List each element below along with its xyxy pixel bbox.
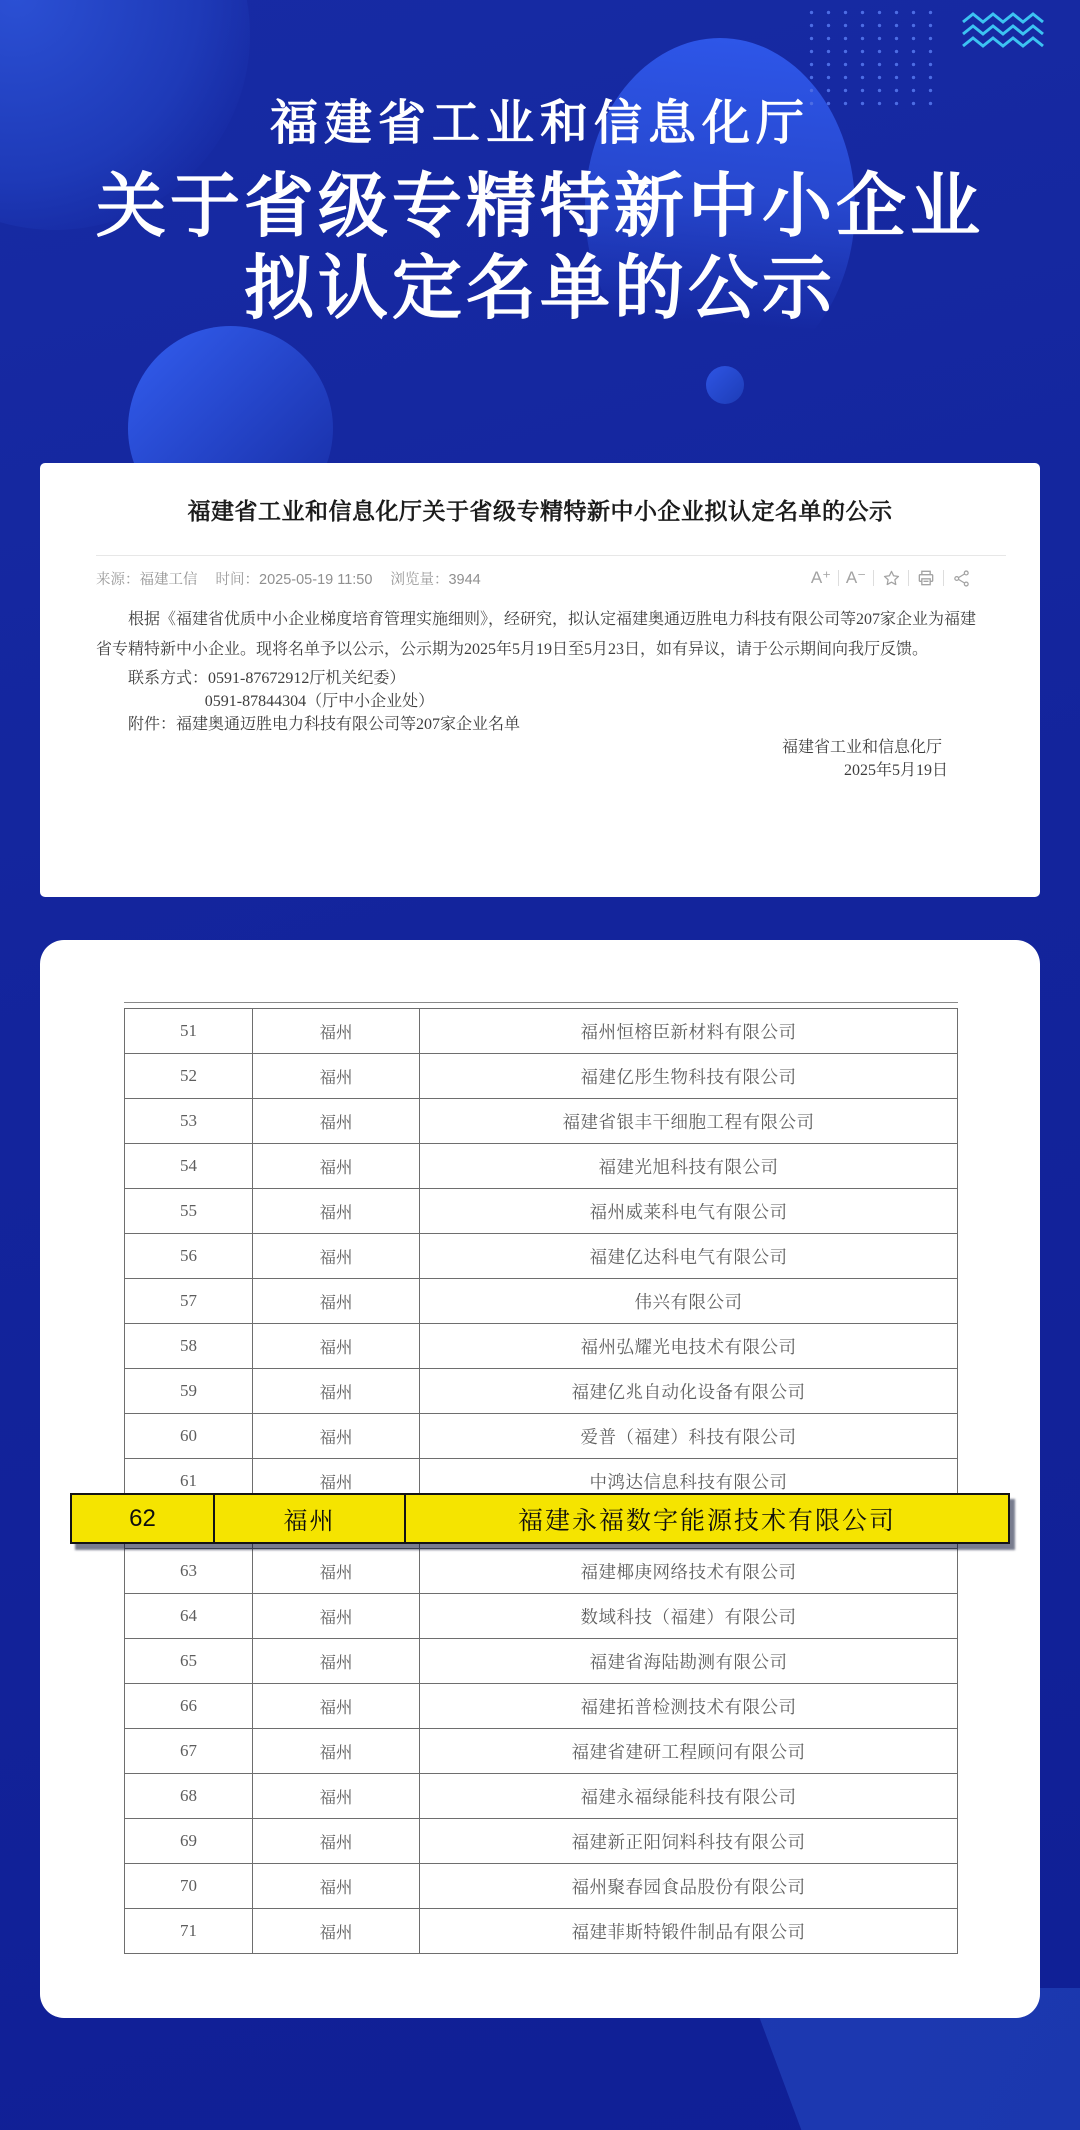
font-decrease-button[interactable]: A⁻ xyxy=(839,567,873,589)
decorative-small-circle xyxy=(706,366,744,404)
row-number-cell: 58 xyxy=(125,1324,253,1368)
table-row: 65 福州 福建省海陆勘测有限公司 xyxy=(125,1639,957,1684)
table-row: 51 福州 福州恒榕臣新材料有限公司 xyxy=(125,1009,957,1054)
row-city-cell: 福州 xyxy=(253,1189,420,1233)
row-company-cell: 福建光旭科技有限公司 xyxy=(420,1144,957,1188)
highlight-row-city: 福州 xyxy=(215,1495,406,1542)
table-row: 53 福州 福建省银丰干细胞工程有限公司 xyxy=(125,1099,957,1144)
table-row: 55 福州 福州威莱科电气有限公司 xyxy=(125,1189,957,1234)
doc-body: 根据《福建省优质中小企业梯度培育管理实施细则》，经研究，拟认定福建奥通迈胜电力科… xyxy=(96,605,984,780)
table-row: 71 福州 福建菲斯特锻件制品有限公司 xyxy=(125,1909,957,1953)
source-value: 福建工信 xyxy=(140,572,198,588)
table-row: 59 福州 福建亿兆自动化设备有限公司 xyxy=(125,1369,957,1414)
row-company-cell: 福州聚春园食品股份有限公司 xyxy=(420,1864,957,1908)
row-number-cell: 51 xyxy=(125,1009,253,1053)
row-company-cell: 爱普（福建）科技有限公司 xyxy=(420,1414,957,1458)
row-company-cell: 数域科技（福建）有限公司 xyxy=(420,1594,957,1638)
doc-attachment-line: 附件：福建奥通迈胜电力科技有限公司等207家企业名单 xyxy=(96,711,984,734)
row-company-cell: 福建亿达科电气有限公司 xyxy=(420,1234,957,1278)
row-company-cell: 福州恒榕臣新材料有限公司 xyxy=(420,1009,957,1053)
row-city-cell: 福州 xyxy=(253,1864,420,1908)
table-row: 70 福州 福州聚春园食品股份有限公司 xyxy=(125,1864,957,1909)
table-row: 69 福州 福建新正阳饲料科技有限公司 xyxy=(125,1819,957,1864)
row-city-cell: 福州 xyxy=(253,1639,420,1683)
doc-contact-line2: 0591-87844304（厅中小企业处） xyxy=(96,688,984,711)
row-number-cell: 53 xyxy=(125,1099,253,1143)
row-company-cell: 伟兴有限公司 xyxy=(420,1279,957,1323)
row-number-cell: 56 xyxy=(125,1234,253,1278)
row-number-cell: 66 xyxy=(125,1684,253,1728)
highlight-row-company: 福建永福数字能源技术有限公司 xyxy=(406,1495,1008,1542)
row-company-cell: 福建亿彤生物科技有限公司 xyxy=(420,1054,957,1098)
table-row: 58 福州 福州弘耀光电技术有限公司 xyxy=(125,1324,957,1369)
doc-meta-info: 来源：福建工信 时间：2025-05-19 11:50 浏览量：3944 xyxy=(96,568,495,589)
hero-org-title: 福建省工业和信息化厅 xyxy=(0,84,1080,153)
row-company-cell: 福建亿兆自动化设备有限公司 xyxy=(420,1369,957,1413)
printer-icon[interactable] xyxy=(909,567,943,589)
row-city-cell: 福州 xyxy=(253,1099,420,1143)
row-city-cell: 福州 xyxy=(253,1009,420,1053)
table-row: 67 福州 福建省建研工程顾问有限公司 xyxy=(125,1729,957,1774)
divider xyxy=(96,555,1006,556)
row-number-cell: 63 xyxy=(125,1549,253,1593)
company-table: 51 福州 福州恒榕臣新材料有限公司 52 福州 福建亿彤生物科技有限公司 53… xyxy=(124,1008,958,1954)
table-row: 54 福州 福建光旭科技有限公司 xyxy=(125,1144,957,1189)
row-number-cell: 67 xyxy=(125,1729,253,1773)
row-company-cell: 福建拓普检测技术有限公司 xyxy=(420,1684,957,1728)
row-company-cell: 福建永福绿能科技有限公司 xyxy=(420,1774,957,1818)
share-icon[interactable] xyxy=(944,567,978,589)
table-top-line xyxy=(124,1002,958,1003)
row-company-cell: 福建菲斯特锻件制品有限公司 xyxy=(420,1909,957,1953)
table-row: 64 福州 数域科技（福建）有限公司 xyxy=(125,1594,957,1639)
row-number-cell: 68 xyxy=(125,1774,253,1818)
hero-title-line2: 拟认定名单的公示 xyxy=(0,232,1080,333)
doc-title: 福建省工业和信息化厅关于省级专精特新中小企业拟认定名单的公示 xyxy=(40,493,1040,526)
row-company-cell: 福建省海陆勘测有限公司 xyxy=(420,1639,957,1683)
views-label: 浏览量： xyxy=(390,572,448,588)
row-number-cell: 69 xyxy=(125,1819,253,1863)
company-table-card: 51 福州 福州恒榕臣新材料有限公司 52 福州 福建亿彤生物科技有限公司 53… xyxy=(40,940,1040,2018)
row-company-cell: 福建省银丰干细胞工程有限公司 xyxy=(420,1099,957,1143)
row-number-cell: 59 xyxy=(125,1369,253,1413)
row-number-cell: 70 xyxy=(125,1864,253,1908)
poster: 福建省工业和信息化厅 关于省级专精特新中小企业 拟认定名单的公示 福建省工业和信… xyxy=(0,0,1080,2130)
row-city-cell: 福州 xyxy=(253,1369,420,1413)
row-number-cell: 71 xyxy=(125,1909,253,1953)
table-row: 68 福州 福建永福绿能科技有限公司 xyxy=(125,1774,957,1819)
row-number-cell: 54 xyxy=(125,1144,253,1188)
highlight-row-number: 62 xyxy=(72,1495,215,1542)
table-row: 52 福州 福建亿彤生物科技有限公司 xyxy=(125,1054,957,1099)
table-row: 63 福州 福建椰庚网络技术有限公司 xyxy=(125,1549,957,1594)
table-row: 66 福州 福建拓普检测技术有限公司 xyxy=(125,1684,957,1729)
table-row: 57 福州 伟兴有限公司 xyxy=(125,1279,957,1324)
doc-paragraph: 根据《福建省优质中小企业梯度培育管理实施细则》，经研究，拟认定福建奥通迈胜电力科… xyxy=(96,605,984,665)
row-city-cell: 福州 xyxy=(253,1279,420,1323)
row-number-cell: 65 xyxy=(125,1639,253,1683)
doc-signature-org: 福建省工业和信息化厅 xyxy=(96,734,984,757)
wave-lines-icon xyxy=(962,10,1044,52)
row-number-cell: 57 xyxy=(125,1279,253,1323)
row-city-cell: 福州 xyxy=(253,1729,420,1773)
row-number-cell: 55 xyxy=(125,1189,253,1233)
row-company-cell: 福州威莱科电气有限公司 xyxy=(420,1189,957,1233)
row-company-cell: 福州弘耀光电技术有限公司 xyxy=(420,1324,957,1368)
row-city-cell: 福州 xyxy=(253,1819,420,1863)
row-city-cell: 福州 xyxy=(253,1054,420,1098)
row-city-cell: 福州 xyxy=(253,1414,420,1458)
views-value: 3944 xyxy=(448,572,480,588)
row-city-cell: 福州 xyxy=(253,1909,420,1953)
row-number-cell: 60 xyxy=(125,1414,253,1458)
row-city-cell: 福州 xyxy=(253,1684,420,1728)
font-increase-button[interactable]: A⁺ xyxy=(804,567,838,589)
doc-contact-line1: 联系方式：0591-87672912厅机关纪委） xyxy=(96,665,984,688)
row-city-cell: 福州 xyxy=(253,1549,420,1593)
row-company-cell: 福建新正阳饲料科技有限公司 xyxy=(420,1819,957,1863)
row-city-cell: 福州 xyxy=(253,1774,420,1818)
time-value: 2025-05-19 11:50 xyxy=(259,572,372,588)
row-number-cell: 64 xyxy=(125,1594,253,1638)
table-row: 56 福州 福建亿达科电气有限公司 xyxy=(125,1234,957,1279)
row-city-cell: 福州 xyxy=(253,1594,420,1638)
row-company-cell: 福建省建研工程顾问有限公司 xyxy=(420,1729,957,1773)
row-city-cell: 福州 xyxy=(253,1144,420,1188)
doc-signature-date: 2025年5月19日 xyxy=(96,757,984,780)
row-city-cell: 福州 xyxy=(253,1324,420,1368)
highlighted-row-62: 62 福州 福建永福数字能源技术有限公司 xyxy=(70,1493,1010,1544)
document-card: 福建省工业和信息化厅关于省级专精特新中小企业拟认定名单的公示 来源：福建工信 时… xyxy=(40,463,1040,897)
time-label: 时间： xyxy=(216,572,260,588)
row-company-cell: 福建椰庚网络技术有限公司 xyxy=(420,1549,957,1593)
table-row: 60 福州 爱普（福建）科技有限公司 xyxy=(125,1414,957,1459)
row-number-cell: 52 xyxy=(125,1054,253,1098)
source-label: 来源： xyxy=(96,572,140,588)
favorite-star-icon[interactable] xyxy=(874,567,908,589)
row-city-cell: 福州 xyxy=(253,1234,420,1278)
